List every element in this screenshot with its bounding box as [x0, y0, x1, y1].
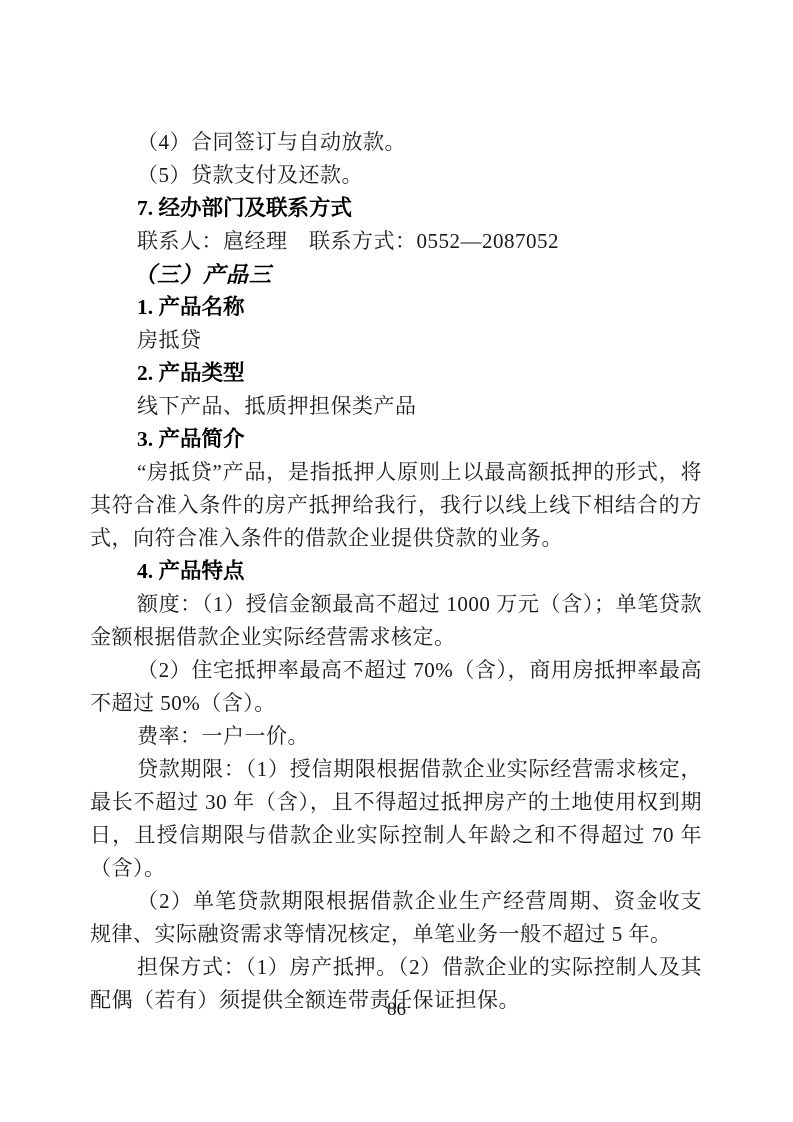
feature-credit-limit-paragraph: 额度：（1）授信金额最高不超过 1000 万元（含）；单笔贷款金额根据借款企业实… — [90, 588, 702, 654]
feature-fee-rate-paragraph: 费率：一户一价。 — [90, 720, 702, 753]
feature-loan-term-paragraph: 贷款期限：（1）授信期限根据借款企业实际经营需求核定，最长不超过 30 年（含）… — [90, 753, 702, 885]
feature-single-loan-paragraph: （2）单笔贷款期限根据借款企业生产经营周期、资金收支规律、实际融资需求等情况核定… — [90, 885, 702, 951]
heading-product-intro: 3. 产品简介 — [90, 423, 702, 456]
contact-info: 联系人：扈经理 联系方式：0552—2087052 — [90, 225, 702, 258]
product-name-text: 房抵贷 — [90, 324, 702, 357]
document-content: （4）合同签订与自动放款。 （5）贷款支付及还款。 7. 经办部门及联系方式 联… — [90, 126, 702, 1017]
page-number: 86 — [0, 997, 793, 1023]
list-item-loan-payment: （5）贷款支付及还款。 — [90, 159, 702, 192]
heading-product-name: 1. 产品名称 — [90, 291, 702, 324]
document-page: （4）合同签订与自动放款。 （5）贷款支付及还款。 7. 经办部门及联系方式 联… — [0, 0, 793, 1122]
feature-mortgage-rate-paragraph: （2）住宅抵押率最高不超过 70%（含），商用房抵押率最高不超过 50%（含）。 — [90, 654, 702, 720]
heading-product-features: 4. 产品特点 — [90, 555, 702, 588]
section-heading-product-three: （三）产品三 — [90, 258, 702, 291]
heading-product-type: 2. 产品类型 — [90, 357, 702, 390]
list-item-contract-signing: （4）合同签订与自动放款。 — [90, 126, 702, 159]
product-type-text: 线下产品、抵质押担保类产品 — [90, 390, 702, 423]
product-intro-paragraph: “房抵贷”产品，是指抵押人原则上以最高额抵押的形式，将其符合准入条件的房产抵押给… — [90, 456, 702, 555]
heading-handling-department: 7. 经办部门及联系方式 — [90, 192, 702, 225]
